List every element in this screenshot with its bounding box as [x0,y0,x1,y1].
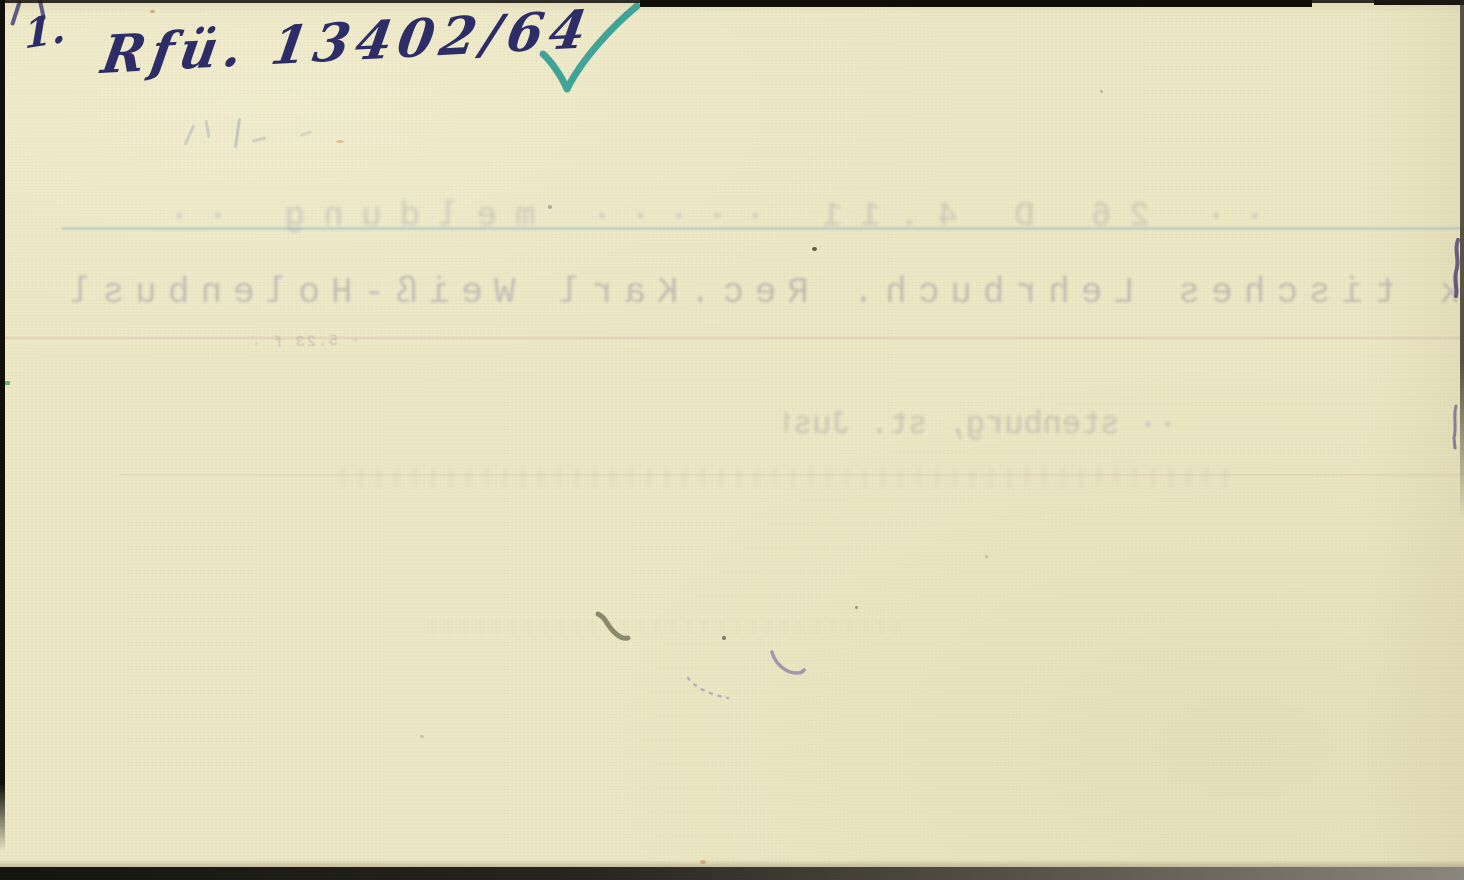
bleedthrough-smudge-band [340,466,1240,488]
bleedthrough-line-3: ·· stenburg, st. Justo [785,406,1177,456]
bleedthrough-line-2: k tisches Lehrbuch. Rec.Karl Weiß-Holenb… [55,272,1461,326]
handwritten-reference: Rfü. 13402/64 [97,0,596,86]
scan-border-bottom [0,867,1464,880]
ink-speck [985,555,988,558]
ink-dots-purple [684,674,734,702]
ruled-line-pink [0,337,1464,339]
pencil-scribble [184,124,196,145]
bleedthrough-annotation: · 5.23 f · [250,332,361,362]
ink-squiggle-olive [592,608,634,646]
scan-border-top-right [1374,0,1464,5]
ink-speck [1100,90,1103,93]
scan-border-top-thick [640,0,1312,7]
pencil-scribble [204,120,210,138]
handwritten-index: 1. [24,5,66,59]
pencil-scribble [252,136,266,142]
scan-border-left [0,0,5,852]
checkmark-icon [533,2,645,96]
stray-ink-stroke [10,0,22,26]
scan-border-right [1460,0,1464,520]
ink-speck [336,140,344,143]
ink-speck [420,735,424,738]
card-scan: ·· 26 D 4.11 ····· meldung ·· k tisches … [0,0,1464,880]
ink-speck [548,205,552,209]
bleedthrough-smudge-band-2 [430,620,900,634]
ink-squiggle-purple [764,648,808,682]
pencil-scribble [300,130,312,137]
ink-speck [855,606,858,609]
ink-speck [812,247,817,251]
bleedthrough-line-1: ·· 26 D 4.11 ····· meldung ·· [60,198,1265,250]
ink-speck [722,636,726,640]
ink-speck [150,10,155,13]
pencil-scribble [234,118,241,148]
